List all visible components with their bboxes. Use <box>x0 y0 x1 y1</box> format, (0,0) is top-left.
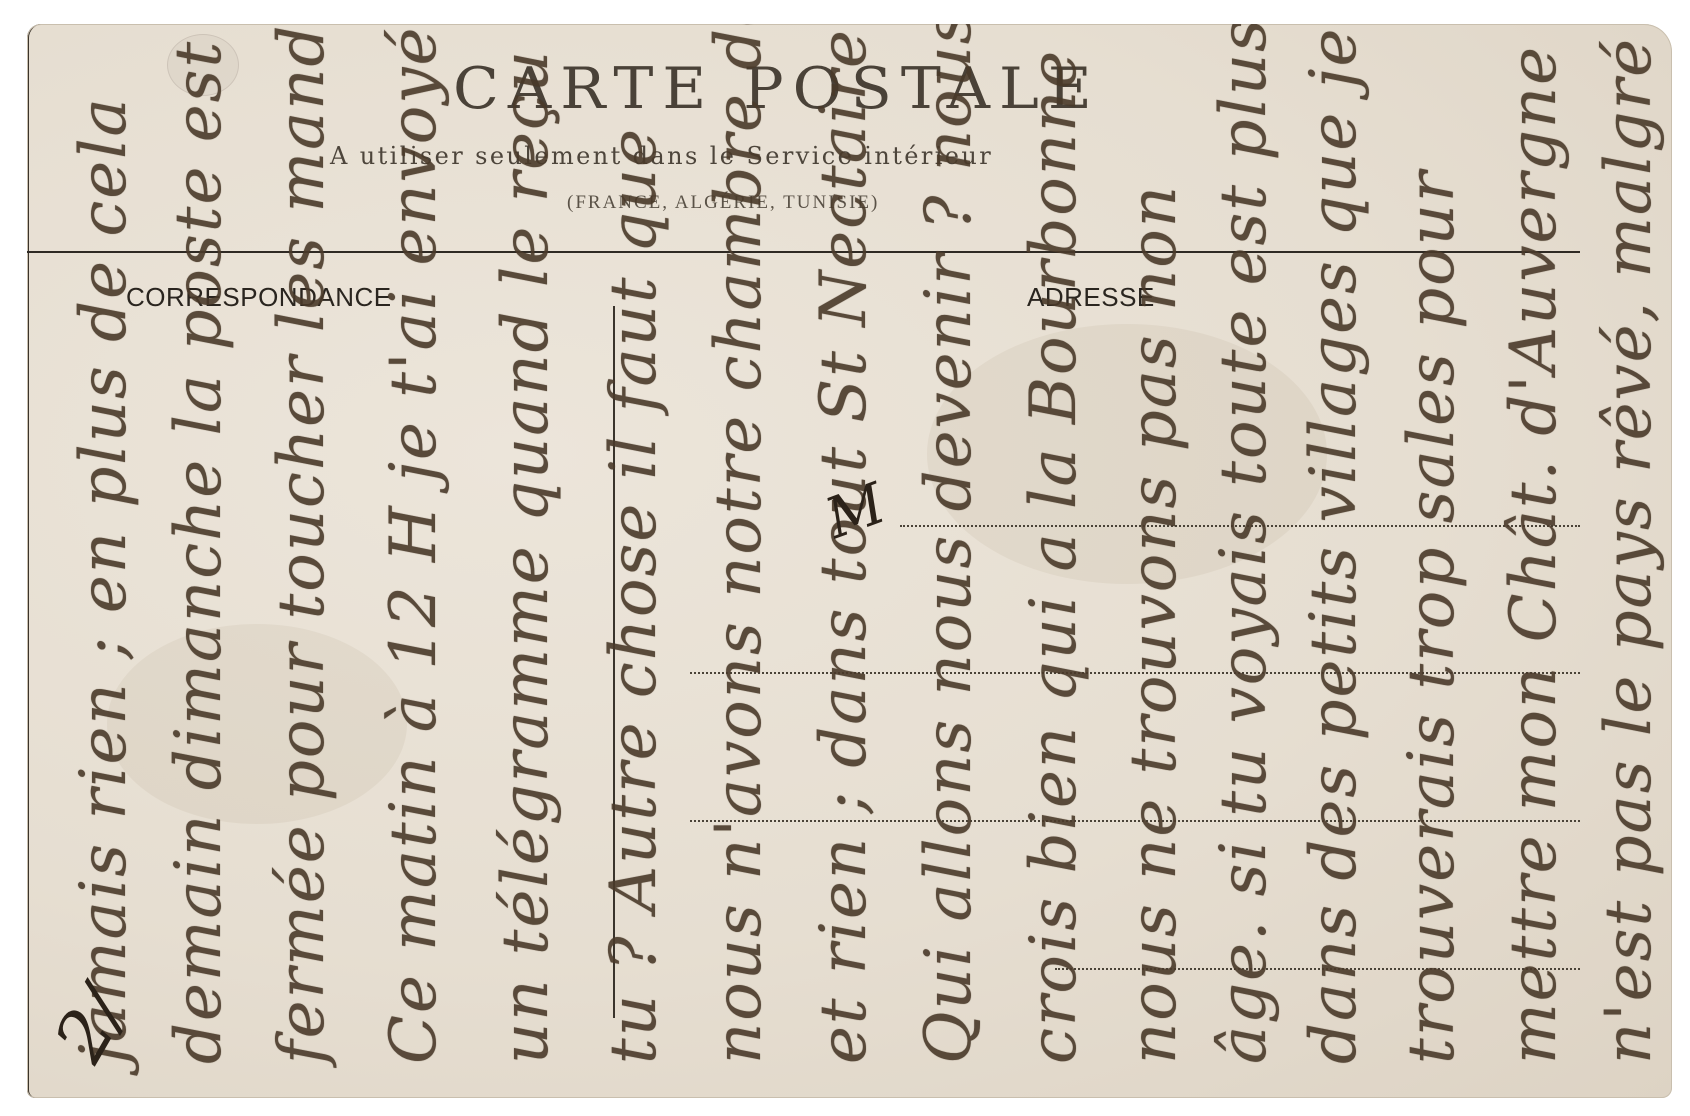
handwritten-line: un télégramme quand le reçu <box>489 49 563 1064</box>
handwritten-line: fermée pour toucher les mandats. <box>265 24 339 1064</box>
postcard: CARTE POSTALE A utiliser seulement dans … <box>27 24 1672 1098</box>
handwritten-line: crois bien qui a la Bourbonne <box>1017 49 1091 1064</box>
handwritten-line: âge. si tu voyais toute est plus <box>1207 24 1281 1064</box>
handwritten-line: jamais rien ; en plus de cela <box>67 96 141 1064</box>
paper-stain <box>107 624 407 824</box>
handwritten-line: demain dimanche la poste est <box>162 40 236 1064</box>
handwritten-line: nous n'avons notre chambre demain <box>702 24 776 1064</box>
handwritten-line: dans des petits villages que je <box>1297 27 1371 1064</box>
handwritten-line: Ce matin à 12 H je t'ai envoyé <box>377 26 451 1064</box>
handwritten-line: tu ? Autre chose il faut que <box>597 127 671 1064</box>
handwritten-line: mettre mon Chât. d'Auvergne <box>1497 45 1571 1064</box>
handwritten-line: n'est pas le pays rêvé, malgré <box>1592 37 1666 1064</box>
handwritten-line: nous ne trouvons pas non <box>1117 184 1191 1064</box>
handwritten-line: Qui allons nous devenir ? nous <box>912 24 986 1064</box>
handwritten-line: trouverais trop sales pour <box>1395 170 1469 1065</box>
